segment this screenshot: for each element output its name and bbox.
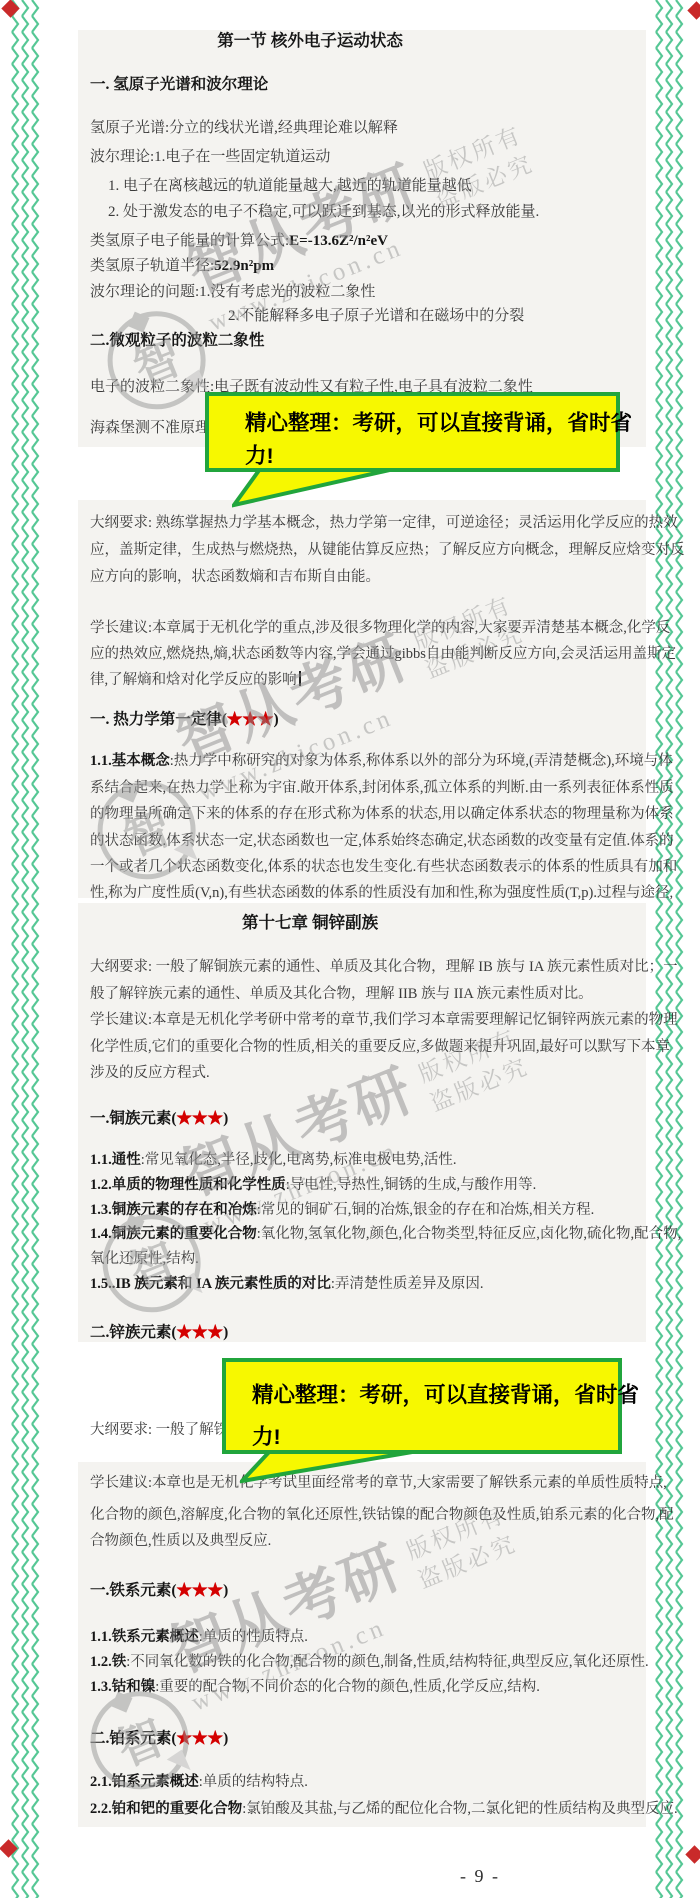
advice-line: 化合物的颜色,溶解度,化合物的氧化还原性,铁钴镍的配合物颜色及性质,铂系元素的化…: [90, 1503, 674, 1524]
body-line: 1. 电子在离核越远的轨道能量越大,越近的轨道能量越低: [108, 174, 472, 195]
section3-heading1: 一.铜族元素(★★★): [90, 1106, 228, 1128]
body-line: 波尔理论:1.电子在一些固定轨道运动: [90, 145, 330, 166]
corner-diamond-icon: [685, 1845, 700, 1863]
list-item: 1.2.铁:不同氧化数的铁的化合物,配合物的颜色,制备,性质,结构特征,典型反应…: [90, 1650, 649, 1671]
callout-tail-1: [232, 468, 397, 508]
section4-heading1: 一.铁系元素(★★★): [90, 1578, 228, 1600]
item-label: 1.4.铜族元素的重要化合物: [90, 1226, 257, 1242]
body-line: 2.不能解释多电子原子光谱和在磁场中的分裂: [228, 304, 524, 325]
list-item: 2.1.铂系元素概述:单质的结构特点.: [90, 1770, 308, 1791]
callout-text: 力!: [252, 1416, 618, 1458]
heading-text: 一.铁系元素(: [90, 1582, 177, 1599]
section4-heading2: 二.铂系元素(★★★): [90, 1726, 228, 1748]
list-item: 1.3.钴和镍:重要的配合物,不同价态的化合物的颜色,性质,化学反应,结构.: [90, 1675, 540, 1696]
outline-line: 应方向的影响，状态函数熵和吉布斯自由能。: [90, 565, 380, 586]
callout-bubble-1: 精心整理：考研，可以直接背诵，省时省 力!: [205, 392, 620, 472]
formula-value: 52.9n²pm: [214, 258, 274, 274]
list-item: 1.1.通性:常见氧化态,半径,歧化,电离势,标准电极电势,活性.: [90, 1148, 457, 1169]
zigzag-border-left: [8, 0, 42, 1898]
document-page: 智 智从考研 www.zhicon.cn 版权所有 盗版必究 智 智从考研 ww…: [0, 0, 700, 1898]
advice-line: 律,了解熵和焓对化学反应的影响: [90, 668, 301, 689]
outline-line: 应，盖斯定律，生成热与燃烧热，从键能估算反应热；了解反应方向概念，理解反应焓变对…: [90, 538, 685, 559]
para-line: 1.1.基本概念:热力学中称研究的对象为体系,称体系以外的部分为环境,(弄清楚概…: [90, 749, 673, 770]
item-text: :常见氧化态,半径,歧化,电离势,标准电极电势,活性.: [141, 1152, 457, 1168]
outline-line: 大纲要求: 熟练掌握热力学基本概念，热力学第一定律，可逆途径；灵活运用化学反应的…: [90, 511, 678, 532]
item-label: 1.5..IB 族元素和 IA 族元素性质的对比: [90, 1276, 331, 1292]
advice-text: 律,了解熵和焓对化学反应的影响: [90, 672, 297, 688]
advice-line: 应的热效应,燃烧热,熵,状态函数等内容,学会通过gibbs自由能判断反应方向,会…: [90, 642, 676, 663]
advice-line: 学长建议:本章属于无机化学的重点,涉及很多物理化学的内容,大家要弄清楚基本概念,…: [90, 616, 670, 637]
heading-text: 二.铂系元素(: [90, 1730, 177, 1747]
formula-label: 类氢原子电子能量的计算公式:: [90, 233, 289, 249]
heading-text: ): [223, 1730, 228, 1747]
item-text: :氧化物,氢氧化物,颜色,化合物类型,特征反应,卤化物,硫化物,配合物,: [257, 1226, 682, 1242]
corner-diamond-icon: [687, 1, 700, 19]
body-line: 波尔理论的问题:1.没有考虑光的波粒二象性: [90, 280, 375, 301]
item-text: :不同氧化数的铁的化合物,配合物的颜色,制备,性质,结构特征,典型反应,氧化还原…: [126, 1654, 648, 1670]
heading-text: ): [223, 1324, 228, 1341]
outline-line: 大纲要求: 一般了解铜族元素的通性、单质及其化合物，理解 IB 族与 IA 族元…: [90, 955, 678, 976]
item-text: :重要的配合物,不同价态的化合物的颜色,性质,化学反应,结构.: [155, 1679, 540, 1695]
heading-text: ): [273, 711, 278, 728]
item-label: 1.1.通性: [90, 1152, 141, 1168]
callout-bubble-2: 精心整理：考研，可以直接背诵，省时省 力!: [222, 1358, 622, 1454]
advice-line: 涉及的反应方程式.: [90, 1061, 210, 1082]
item-text: :弄清楚性质差异及原因.: [331, 1276, 484, 1292]
heading-text: 二.锌族元素(: [90, 1324, 177, 1341]
para-line: 的物理量所确定下来的体系的存在形式称为体系的状态,用以确定体系状态的物理量称为体…: [90, 802, 674, 823]
item-label: 2.1.铂系元素概述: [90, 1774, 199, 1790]
heading-text: 一.铜族元素(: [90, 1110, 177, 1127]
page-number: - 9 -: [460, 1866, 500, 1887]
list-item: 1.2.单质的物理性质和化学性质:导电性,导热性,铜锈的生成,与酸作用等.: [90, 1173, 536, 1194]
section3-title: 第十七章 铜锌副族: [90, 909, 530, 933]
callout-text: 精心整理：考研，可以直接背诵，省时省: [245, 407, 616, 440]
callout-text: 精心整理：考研，可以直接背诵，省时省: [252, 1374, 618, 1416]
item-label: 1.3.钴和镍: [90, 1679, 155, 1695]
heading-text: ): [223, 1582, 228, 1599]
star-rating-icon: ★★★: [227, 711, 274, 728]
item-label: 1.2.单质的物理性质和化学性质: [90, 1177, 286, 1193]
item-text: :导电性,导热性,铜锈的生成,与酸作用等.: [286, 1177, 537, 1193]
para-label: 1.1.基本概念: [90, 753, 170, 769]
list-item: 1.1.铁系元素概述:单质的性质特点.: [90, 1625, 308, 1646]
item-label: 1.3.铜族元素的存在和冶炼: [90, 1202, 257, 1218]
list-item: 2.2.铂和钯的重要化合物:氯铂酸及其盐,与乙烯的配位化合物,二氯化钯的性质结构…: [90, 1797, 678, 1818]
item-text: :单质的结构特点.: [199, 1774, 308, 1790]
outline-line: 般了解锌族元素的通性、单质及其化合物，理解 IIB 族与 IIA 族元素性质对比…: [90, 982, 593, 1003]
zigzag-border-right: [652, 0, 686, 1898]
body-line: 氢原子光谱:分立的线状光谱,经典理论难以解释: [90, 116, 398, 137]
para-line: 的状态函数.体系状态一定,状态函数也一定,体系始终态确定,状态函数的改变量有定值…: [90, 829, 674, 850]
body-line: 类氢原子电子能量的计算公式:E=-13.6Z²/n²eV: [90, 229, 388, 250]
item-label: 2.2.铂和钯的重要化合物: [90, 1801, 242, 1817]
para-line: 性,称为广度性质(V,n),有些状态函数的体系的性质没有加和性,称为强度性质(T…: [90, 881, 673, 902]
star-rating-icon: ★★★: [177, 1582, 224, 1599]
section3-heading2: 二.锌族元素(★★★): [90, 1320, 228, 1342]
item-text: :常见的铜矿石,铜的冶炼,银金的存在和冶炼,相关方程.: [257, 1202, 595, 1218]
formula-value: E=-13.6Z²/n²eV: [289, 233, 388, 249]
item-label: 1.2.铁: [90, 1654, 126, 1670]
body-line: 海森堡测不准原理: [90, 416, 210, 437]
body-line: 类氢原子轨道半径:52.9n²pm: [90, 254, 274, 275]
item-text: 氧化还原性,结构.: [90, 1251, 199, 1267]
star-rating-icon: ★★★: [177, 1730, 224, 1747]
text-cursor: [299, 671, 301, 686]
section1-heading2: 二.微观粒子的波粒二象性: [90, 328, 264, 350]
formula-label: 类氢原子轨道半径:: [90, 258, 214, 274]
star-rating-icon: ★★★: [177, 1324, 224, 1341]
list-item: 1.4.铜族元素的重要化合物:氧化物,氢氧化物,颜色,化合物类型,特征反应,卤化…: [90, 1222, 681, 1243]
advice-line: 学长建议:本章是无机化学考研中常考的章节,我们学习本章需要理解记忆铜锌两族元素的…: [90, 1008, 678, 1029]
section1-title: 第一节 核外电子运动状态: [90, 27, 530, 51]
para-line: 一个或者几个状态函数变化,体系的状态也发生变化.有些状态函数表示的体系的性质具有…: [90, 855, 677, 876]
item-text: :单质的性质特点.: [199, 1629, 308, 1645]
star-rating-icon: ★★★: [177, 1110, 224, 1127]
para-text: :热力学中称研究的对象为体系,称体系以外的部分为环境,(弄清楚概念),环境与体: [170, 753, 673, 769]
heading-text: 一. 热力学第一定律(: [90, 711, 227, 728]
heading-text: ): [223, 1110, 228, 1127]
list-item: 1.3.铜族元素的存在和冶炼:常见的铜矿石,铜的冶炼,银金的存在和冶炼,相关方程…: [90, 1198, 594, 1219]
list-item: 1.5..IB 族元素和 IA 族元素性质的对比:弄清楚性质差异及原因.: [90, 1272, 484, 1293]
item-label: 1.1.铁系元素概述: [90, 1629, 199, 1645]
advice-line: 合物颜色,性质以及典型反应.: [90, 1529, 271, 1550]
section1-heading1: 一. 氢原子光谱和波尔理论: [90, 72, 268, 94]
list-item: 氧化还原性,结构.: [90, 1247, 199, 1268]
body-line: 2. 处于激发态的电子不稳定,可以跃迁到基态,以光的形式释放能量.: [108, 200, 539, 221]
para-line: 系结合起来,在热力学上称为宇宙.敞开体系,封闭体系,孤立体系的判断.由一系列表征…: [90, 776, 674, 797]
advice-line: 化学性质,它们的重要化合物的性质,相关的重要反应,多做题来提升巩固,最好可以默写…: [90, 1035, 670, 1056]
section2-heading: 一. 热力学第一定律(★★★): [90, 707, 279, 729]
item-text: :氯铂酸及其盐,与乙烯的配位化合物,二氯化钯的性质结构及典型反应.: [242, 1801, 677, 1817]
callout-text: 力!: [245, 440, 616, 473]
